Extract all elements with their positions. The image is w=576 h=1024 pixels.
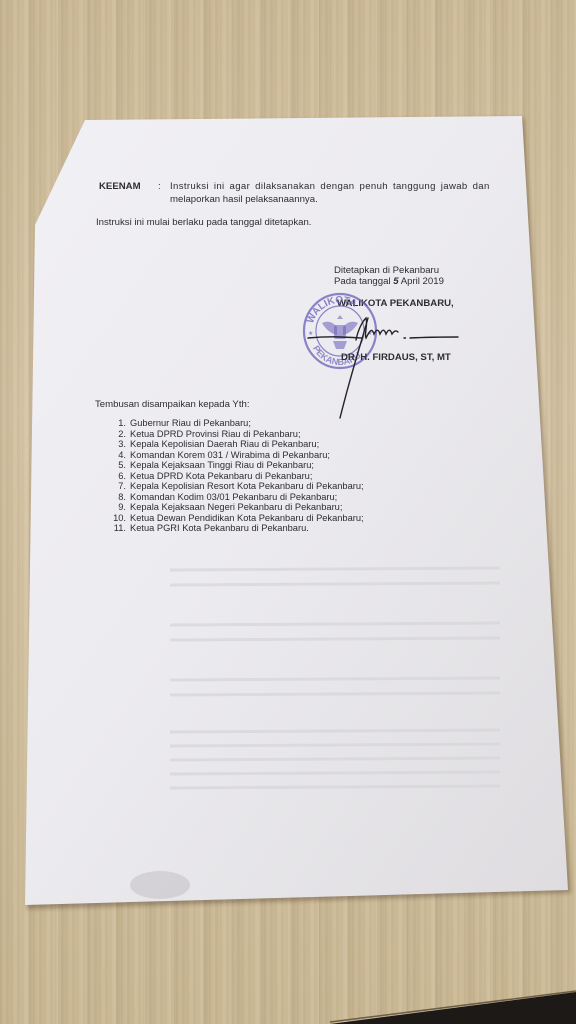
cc-list-item: 1.Gubernur Riau di Pekanbaru; bbox=[111, 418, 364, 429]
signature-place: Ditetapkan di Pekanbaru bbox=[334, 265, 439, 276]
cc-list-item: 10.Ketua Dewan Pendidikan Kota Pekanbaru… bbox=[111, 513, 364, 524]
cc-list-item: 4.Komandan Korem 031 / Wirabima di Pekan… bbox=[111, 450, 364, 461]
date-rest: April 2019 bbox=[401, 276, 444, 287]
section-text-line1: Instruksi ini agar dilaksanakan dengan p… bbox=[170, 181, 490, 192]
cc-list: 1.Gubernur Riau di Pekanbaru; 2.Ketua DP… bbox=[111, 418, 364, 534]
cc-list-item: 6.Ketua DPRD Kota Pekanbaru di Pekanbaru… bbox=[111, 471, 364, 482]
cc-heading: Tembusan disampaikan kepada Yth: bbox=[95, 399, 250, 410]
section-text-line2: melaporkan hasil pelaksanaannya. bbox=[170, 194, 318, 205]
cc-list-item: 11.Ketua PGRI Kota Pekanbaru di Pekanbar… bbox=[111, 523, 364, 534]
effective-statement: Instruksi ini mulai berlaku pada tanggal… bbox=[96, 217, 311, 228]
section-label: KEENAM bbox=[99, 181, 141, 192]
date-day: 5 bbox=[393, 276, 398, 287]
cc-list-item: 8.Komandan Kodim 03/01 Pekanbaru di Peka… bbox=[111, 492, 364, 503]
cc-list-item: 7.Kepala Kepolisian Resort Kota Pekanbar… bbox=[111, 481, 364, 492]
cc-list-item: 9.Kepala Kejaksaan Negeri Pekanbaru di P… bbox=[111, 502, 364, 513]
document-body: KEENAM : Instruksi ini agar dilaksanakan… bbox=[0, 0, 576, 1024]
cc-list-item: 3.Kepala Kepolisian Daerah Riau di Pekan… bbox=[111, 439, 364, 450]
cc-list-item: 5.Kepala Kejaksaan Tinggi Riau di Pekanb… bbox=[111, 460, 364, 471]
signatory-name: DR. H. FIRDAUS, ST, MT bbox=[341, 352, 451, 363]
cc-list-item: 2.Ketua DPRD Provinsi Riau di Pekanbaru; bbox=[111, 429, 364, 440]
section-colon: : bbox=[158, 181, 161, 192]
